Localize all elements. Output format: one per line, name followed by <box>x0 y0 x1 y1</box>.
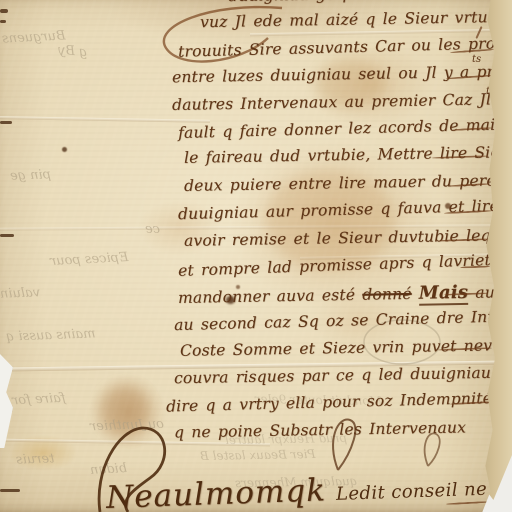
edge-ink-mark <box>0 9 8 13</box>
scanned-manuscript: Burguens g By pin ge Epices pour valuin … <box>0 0 512 512</box>
manuscript-page: Burguens g By pin ge Epices pour valuin … <box>0 0 512 512</box>
manuscript-line-top-fragment: duuigniau ge p <box>228 0 353 5</box>
showthrough-text: faire for <box>12 391 66 409</box>
edge-ink-mark <box>0 489 20 492</box>
signature-name: Neaulmomqk <box>106 472 327 512</box>
showthrough-text: Pier Beaux lastel B <box>200 447 316 463</box>
manuscript-line: avoir remise et le Sieur duvtubie lequel <box>184 226 512 250</box>
showthrough-text: bidan <box>90 461 128 478</box>
manuscript-line: vuz Jl ede mal aizé q le Sieur vrtubie p… <box>200 7 512 31</box>
showthrough-text: valuin <box>0 285 40 301</box>
showthrough-text: mains aussi q <box>6 326 96 344</box>
manuscript-line: au second caz Sq oz se Craine dre Interv… <box>174 306 512 334</box>
superscript-annotation: ts <box>472 54 481 65</box>
fold-crease <box>0 116 210 123</box>
showthrough-text: teruis <box>16 451 55 467</box>
showthrough-text: ou Junthier <box>90 417 164 435</box>
showthrough-text: Burguens <box>2 28 66 46</box>
ink-speck <box>62 147 67 152</box>
manuscript-line: trouuits Sire assuvants Car ou les prons… <box>178 33 512 60</box>
struck-line-pre: mandonner auva esté <box>178 286 363 307</box>
manuscript-line: dautres Intervenaux au premier Caz Jl ne <box>172 90 512 114</box>
manuscript-line: q ne poine Subsatr les Intervenaux <box>174 418 466 441</box>
showthrough-text: ce <box>145 222 160 237</box>
edge-ink-mark <box>0 20 6 23</box>
signature-line: NeaulmomqkLedit conseil ne homme <box>106 464 512 512</box>
edge-ink-mark <box>0 234 14 237</box>
ascender-loop <box>425 433 440 466</box>
manuscript-line: entre luzes duuigniau seul ou Jl y a pre… <box>172 62 512 87</box>
showthrough-text: pin ge <box>10 167 51 183</box>
showthrough-text: Epices pour <box>50 250 129 269</box>
edge-ink-mark <box>0 121 12 124</box>
showthrough-text: g By <box>57 43 88 61</box>
manuscript-line: deux puiere entre lire mauer du pere de <box>184 171 512 195</box>
struck-word: donné <box>362 285 412 304</box>
